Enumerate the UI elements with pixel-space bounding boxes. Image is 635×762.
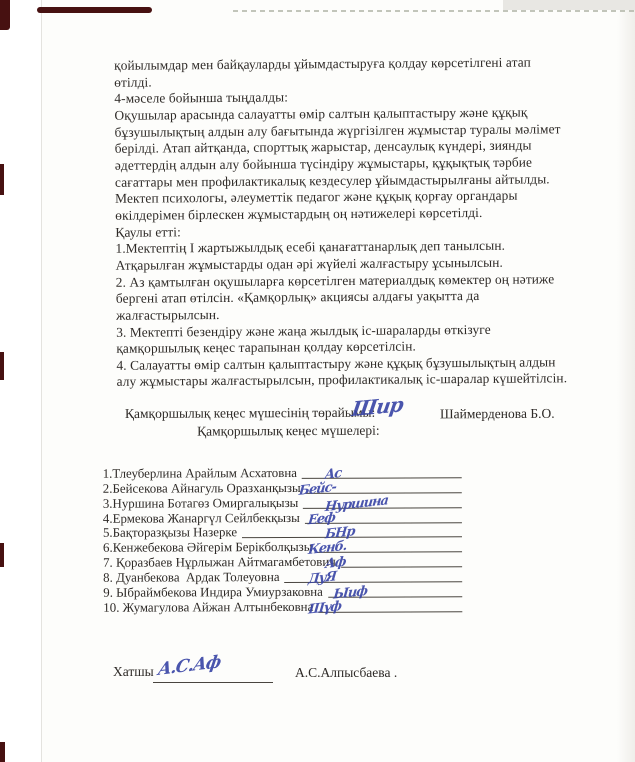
chairman-block: Қамқоршылық кеңес мүшесінің төрайымы: Ши… [0, 396, 635, 445]
member-name: 6.Кенжебекова Әйгерім Берікболқызы [103, 540, 312, 556]
scan-mark-left-1 [0, 164, 4, 195]
member-row: 6.Кенжебекова Әйгерім Берікболқызы Кенб. [103, 540, 464, 556]
member-row: 8. Дуанбекова Ардак Толеуовна ДуЯ [103, 569, 464, 585]
document-body-text: қойылымдар мен байқауларды ұйымдастыруға… [114, 54, 577, 391]
secretary-name: А.С.Алпысбаева . [295, 665, 397, 681]
scan-mark-left-3 [0, 543, 4, 567]
secretary-block: Хатшы А.С.Аф А.С.Алпысбаева . [0, 658, 635, 702]
member-row: 9. Ыбраймбекова Индира Умиурзаковна Ыиф [103, 584, 464, 600]
member-name: 9. Ыбраймбекова Индира Умиурзаковна [103, 585, 323, 601]
member-row: 1.Тлеуберлина Арайлым Асхатовна Ас [103, 465, 464, 481]
scanned-document-page: { "colors": { "ink": "#3743a5", "mark": … [0, 0, 635, 762]
members-heading: Қамқоршылық кеңес мүшелері: [197, 423, 380, 440]
scan-mark-top-bar [37, 7, 152, 13]
member-row: 5.Бақторазқызы Назерке БНр [103, 525, 464, 541]
member-row: 4.Ермекова Жанаргүл Сейлбекқызы Ееф [103, 510, 464, 526]
chairman-label: Қамқоршылық кеңес мүшесінің төрайымы: [125, 405, 375, 422]
member-name: 4.Ермекова Жанаргүл Сейлбекқызы [103, 510, 300, 526]
members-list: 1.Тлеуберлина Арайлым Асхатовна Ас 2.Бей… [103, 465, 465, 615]
page-left-edge-line [41, 0, 42, 762]
member-row: 7. Қоразбаев Нұрлыжан Айтмагамбетович Аф [103, 555, 464, 571]
member-row: 3.Нуршина Ботагөз Омиргалықызы Нуршина [103, 495, 464, 511]
member-name: 10. Жумагулова Айжан Алтынбековна [103, 600, 313, 616]
secretary-signature-line [153, 682, 273, 683]
member-name: 1.Тлеуберлина Арайлым Асхатовна [103, 466, 297, 482]
scan-mark-top-left-corner [0, 0, 10, 30]
secretary-label: Хатшы [113, 664, 154, 680]
top-dotted-scan-line [233, 10, 635, 12]
member-row: 2.Бейсекова Айнагуль Оразханқызы Бейс- [103, 480, 464, 496]
member-name: 3.Нуршина Ботагөз Омиргалықызы [103, 496, 299, 512]
member-row: 10. Жумагулова Айжан Алтынбековна Шұф [103, 599, 464, 615]
top-right-scan-shadow [503, 0, 635, 10]
chairman-signature-ink: Шир [350, 392, 404, 421]
chairman-name: Шаймерденова Б.О. [440, 406, 555, 423]
member-signature-line [341, 566, 462, 568]
right-edge-shadow [617, 0, 635, 762]
scan-mark-left-2 [0, 352, 4, 380]
member-name: 2.Бейсекова Айнагуль Оразханқызы [103, 481, 301, 497]
member-name: 5.Бақторазқызы Назерке [103, 526, 237, 542]
member-name: 7. Қоразбаев Нұрлыжан Айтмагамбетович [103, 555, 336, 571]
scan-mark-bottom-left [0, 742, 5, 762]
member-name: 8. Дуанбекова Ардак Толеуовна [103, 570, 280, 586]
